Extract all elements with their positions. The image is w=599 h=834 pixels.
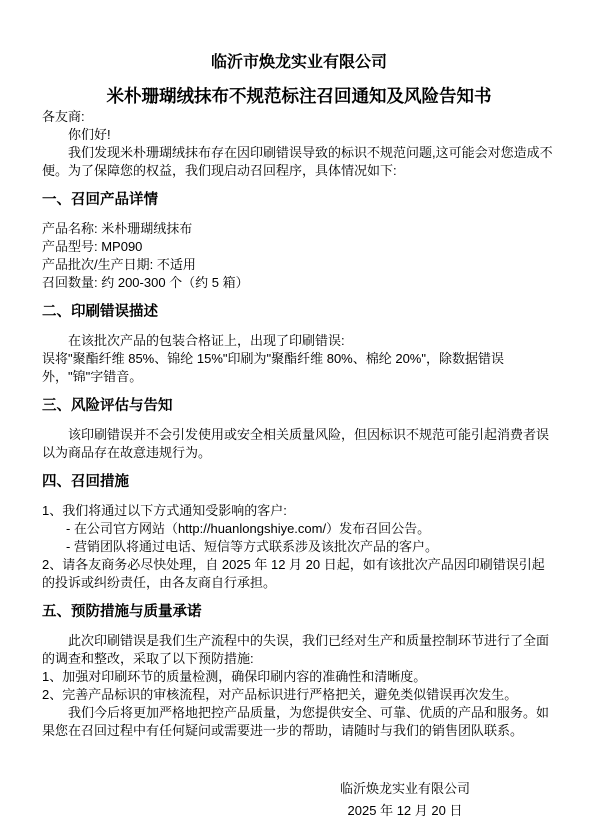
document-title: 米朴珊瑚绒抹布不规范标注召回通知及风险告知书 — [42, 84, 556, 108]
error-description-intro: 在该批次产品的包装合格证上，出现了印刷错误: — [42, 332, 556, 350]
section-2-heading: 二、印刷错误描述 — [42, 302, 556, 322]
section-1-heading: 一、召回产品详情 — [42, 190, 556, 210]
signature-company: 临沂焕龙实业有限公司 — [290, 778, 520, 800]
field-product-name: 产品名称: 米朴珊瑚绒抹布 — [42, 220, 556, 238]
salutation: 各友商: — [42, 108, 556, 126]
field-product-batch: 产品批次/生产日期: 不适用 — [42, 256, 556, 274]
error-description-detail: 误将"聚酯纤维 85%、锦纶 15%"印刷为"聚酯纤维 80%、棉纶 20%"，… — [42, 350, 556, 386]
closing-paragraph: 我们今后将更加严格地把控产品质量，为您提供安全、可靠、优质的产品和服务。如果您在… — [42, 704, 556, 740]
company-title: 临沂市焕龙实业有限公司 — [42, 52, 556, 74]
prevention-item-2: 2、完善产品标识的审核流程，对产品标识进行严格把关，避免类似错误再次发生。 — [42, 686, 556, 704]
field-product-model: 产品型号: MP090 — [42, 238, 556, 256]
intro-paragraph: 我们发现米朴珊瑚绒抹布存在因印刷错误导致的标识不规范问题,这可能会对您造成不便。… — [42, 144, 556, 180]
recall-notify-marketing: - 营销团队将通过电话、短信等方式联系涉及该批次产品的客户。 — [42, 538, 556, 556]
greeting: 你们好! — [42, 126, 556, 144]
field-recall-quantity: 召回数量: 约 200-300 个（约 5 箱） — [42, 274, 556, 292]
recall-notice-document: 临沂市焕龙实业有限公司 米朴珊瑚绒抹布不规范标注召回通知及风险告知书 各友商: … — [0, 0, 599, 834]
section-5-heading: 五、预防措施与质量承诺 — [42, 602, 556, 622]
section-4-heading: 四、召回措施 — [42, 472, 556, 492]
prevention-intro-paragraph: 此次印刷错误是我们生产流程中的失误，我们已经对生产和质量控制环节进行了全面的调查… — [42, 632, 556, 668]
signature-block: 临沂焕龙实业有限公司 2025 年 12 月 20 日 — [290, 778, 520, 822]
signature-date: 2025 年 12 月 20 日 — [290, 800, 520, 822]
prevention-item-1: 1、加强对印刷环节的质量检测，确保印刷内容的准确性和清晰度。 — [42, 668, 556, 686]
risk-assessment-paragraph: 该印刷错误并不会引发使用或安全相关质量风险，但因标识不规范可能引起消费者误以为商… — [42, 426, 556, 462]
recall-notify-website: - 在公司官方网站（http://huanlongshiye.com/）发布召回… — [42, 520, 556, 538]
recall-measure-item-2: 2、请各友商务必尽快处理，自 2025 年 12 月 20 日起，如有该批次产品… — [42, 556, 556, 592]
recall-measure-item-1: 1、我们将通过以下方式通知受影响的客户: — [42, 502, 556, 520]
section-3-heading: 三、风险评估与告知 — [42, 396, 556, 416]
